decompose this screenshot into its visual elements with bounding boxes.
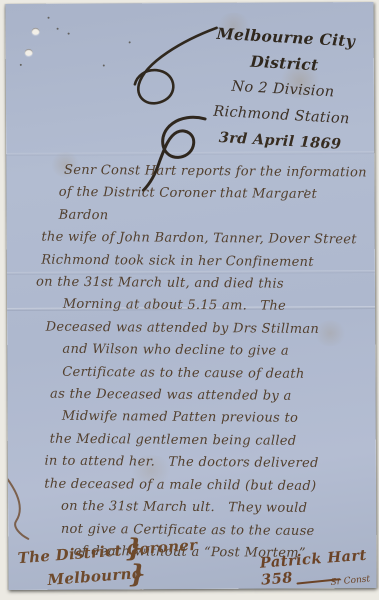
speck [68, 33, 70, 35]
pin-hole [25, 49, 33, 56]
addressee-brace: } [126, 533, 142, 562]
letter-line: Morning at about 5.15 am. The [63, 294, 369, 319]
letter-line: in to attend her. The doctors delivered [44, 451, 367, 476]
letter-line: the Medical gentlemen being called [50, 429, 368, 454]
speck [20, 64, 22, 66]
letter-line: on the 31st March ult, and died this [36, 272, 369, 297]
letter-line: on the 31st March ult. They would [61, 496, 367, 521]
margin-squiggle [6, 477, 28, 539]
letter-line: the wife of John Bardon, Tanner, Dover S… [41, 227, 369, 252]
letter-line: Certificate as to the cause of death [62, 361, 368, 386]
signature-rank: Sr Const [330, 574, 370, 588]
letter-line: Midwife named Patten previous to [62, 406, 368, 431]
speck [57, 28, 59, 30]
speck [103, 64, 105, 66]
letter-line: the deceased of a male child (but dead) [44, 473, 367, 498]
letter-line: and Wilson who decline to give a [62, 339, 368, 364]
letter-line: Senr Const Hart reports for the informat… [64, 160, 370, 185]
speck [129, 41, 131, 43]
letter-body: Senr Const Hart reports for the informat… [29, 159, 371, 565]
letter-line: as the Deceased was attended by a [50, 384, 368, 409]
addressee-brace: } [129, 559, 145, 588]
letter-line: Richmond took sick in her Confinement [41, 249, 369, 274]
letter-header: Melbourne City District No 2 Division Ri… [188, 20, 377, 160]
letter-line: Deceased was attended by Drs Stillman [46, 316, 369, 341]
letter-line: of the District Coroner that Margaret Ba… [59, 182, 370, 230]
pin-hole [32, 28, 40, 35]
speck [48, 17, 50, 19]
paper-specks [5, 2, 373, 4]
letter-paper: Melbourne City District No 2 Division Ri… [5, 2, 376, 590]
